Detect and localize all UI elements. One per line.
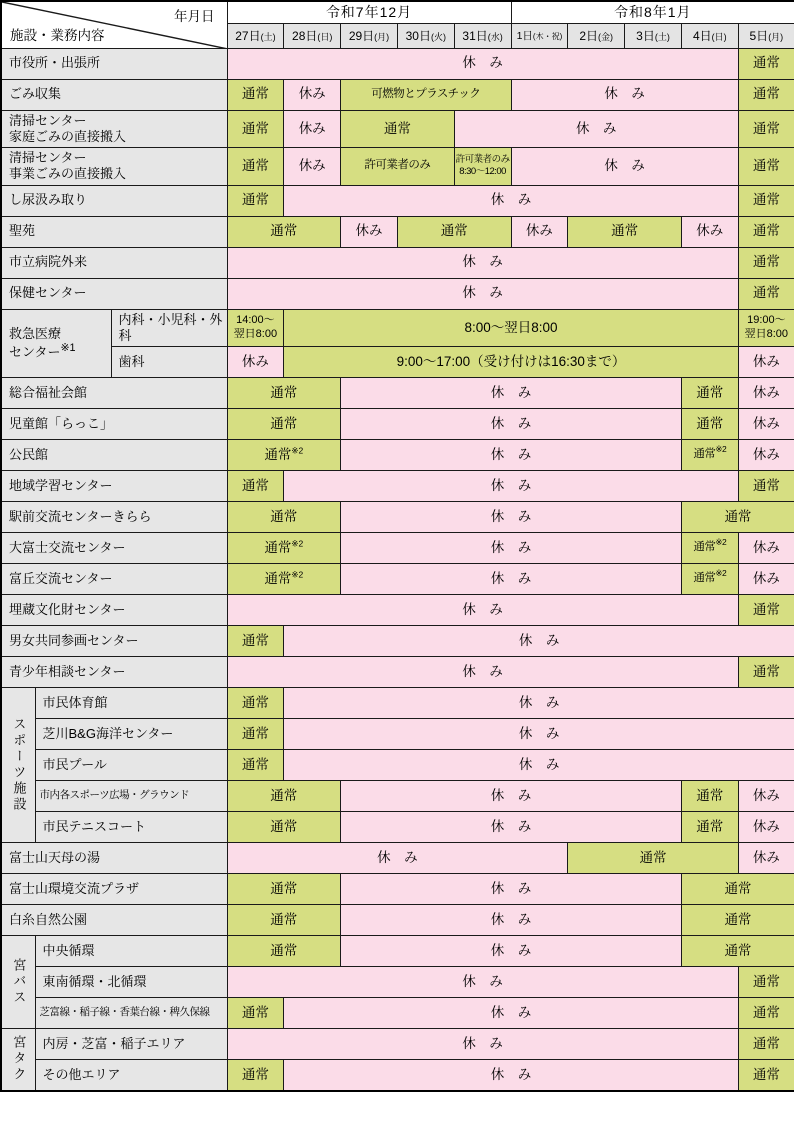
- facility-label: 白糸自然公園: [1, 905, 227, 936]
- table-row: 駅前交流センターきらら通常休 み通常: [1, 502, 794, 533]
- schedule-cell: 通常: [738, 110, 794, 148]
- schedule-cell-text: 通常: [270, 416, 297, 431]
- facility-label: 富丘交流センター: [1, 564, 227, 595]
- date-weekday: (土): [261, 32, 276, 42]
- group-label: スポーツ施設: [1, 688, 35, 843]
- schedule-cell: 休 み: [227, 48, 738, 79]
- schedule-cell-text: 通常: [270, 881, 297, 896]
- schedule-cell-text: 通常: [611, 223, 638, 238]
- facility-label: し尿汲み取り: [1, 185, 227, 216]
- month-header-december: 令和7年12月: [227, 1, 511, 23]
- schedule-cell: 通常: [681, 936, 794, 967]
- table-row: 埋蔵文化財センター休 み通常: [1, 595, 794, 626]
- schedule-cell: 休 み: [284, 688, 794, 719]
- schedule-cell: 通常: [738, 48, 794, 79]
- facility-label: 市民テニスコート: [35, 812, 227, 843]
- table-row: 救急医療 センター※1内科・小児科・外科14:00～翌日8:008:00～翌日8…: [1, 309, 794, 347]
- footnote-marker: ※2: [291, 445, 303, 455]
- schedule-cell-text: 休み: [753, 385, 780, 400]
- facility-label: 駅前交流センターきらら: [1, 502, 227, 533]
- schedule-cell: 休 み: [341, 905, 682, 936]
- schedule-cell: 通常: [227, 874, 341, 905]
- table-row: 児童館「らっこ」通常休 み通常休み: [1, 409, 794, 440]
- facility-label: 東南循環・北循環: [35, 967, 227, 998]
- schedule-cell: 通常: [397, 216, 511, 247]
- schedule-cell-text: 休み: [355, 223, 382, 238]
- schedule-cell-text: 休 み: [491, 1005, 532, 1020]
- schedule-cell-text: 休 み: [462, 254, 503, 269]
- date-header: 27日(土): [227, 23, 284, 48]
- facility-label: 市役所・出張所: [1, 48, 227, 79]
- schedule-cell: 通常※2: [227, 564, 341, 595]
- schedule-cell: 休 み: [227, 843, 568, 874]
- table-row: 市民プール通常休 み: [1, 750, 794, 781]
- schedule-cell-text: 通常: [242, 726, 269, 741]
- schedule-cell-text: 通常: [696, 385, 723, 400]
- schedule-cell: 休み: [738, 440, 794, 471]
- schedule-cell-text: 通常: [753, 1005, 780, 1020]
- schedule-cell: 通常: [738, 185, 794, 216]
- schedule-cell-text: 休 み: [491, 540, 532, 555]
- schedule-cell-text: 休 み: [491, 1067, 532, 1082]
- schedule-cell: 通常: [227, 812, 341, 843]
- schedule-cell-text: 通常: [242, 192, 269, 207]
- schedule-cell: 通常: [738, 79, 794, 110]
- schedule-cell: 通常※2: [681, 564, 738, 595]
- schedule-cell: 休み: [681, 216, 738, 247]
- table-row: 東南循環・北循環休 み通常: [1, 967, 794, 998]
- footnote-marker: ※2: [291, 538, 303, 548]
- schedule-cell: 通常: [681, 378, 738, 409]
- schedule-cell: 休み: [341, 216, 398, 247]
- schedule-cell: 通常※2: [227, 533, 341, 564]
- schedule-cell-text: 通常: [696, 819, 723, 834]
- schedule-cell-text: 通常: [753, 974, 780, 989]
- schedule-cell-text: 休 み: [519, 726, 560, 741]
- schedule-cell: 通常: [227, 110, 284, 148]
- facility-label: 清掃センター 家庭ごみの直接搬入: [1, 110, 227, 148]
- schedule-cell: 可燃物とプラスチック: [341, 79, 511, 110]
- schedule-cell-text: 休 み: [462, 974, 503, 989]
- schedule-cell: 休 み: [227, 247, 738, 278]
- schedule-cell-text: 通常: [242, 158, 269, 173]
- schedule-cell: 通常: [738, 657, 794, 688]
- facility-label: 保健センター: [1, 278, 227, 309]
- month-header-january: 令和8年1月: [511, 1, 794, 23]
- schedule-cell: 休 み: [341, 781, 682, 812]
- facility-label: 市民体育館: [35, 688, 227, 719]
- schedule-cell-text: 通常: [441, 223, 468, 238]
- schedule-cell: 休 み: [284, 626, 794, 657]
- schedule-cell-text: 休み: [242, 354, 269, 369]
- schedule-cell: 休 み: [511, 148, 738, 186]
- table-row: 富士山環境交流プラザ通常休 み通常: [1, 874, 794, 905]
- schedule-cell-text: 通常: [696, 788, 723, 803]
- facility-label: 市民プール: [35, 750, 227, 781]
- table-row: 宮タク内房・芝富・稲子エリア休 み通常: [1, 1029, 794, 1060]
- schedule-cell-text: 通常: [693, 541, 715, 553]
- schedule-cell: 許可業者のみ8:30～12:00: [454, 148, 511, 186]
- schedule-cell: 通常: [227, 750, 284, 781]
- footnote-marker: ※2: [715, 537, 726, 547]
- facility-label: 市立病院外来: [1, 247, 227, 278]
- date-weekday: (土): [655, 32, 670, 42]
- schedule-cell: 9:00～17:00（受け付けは16:30まで）: [284, 347, 738, 378]
- date-day: 29日: [349, 29, 374, 43]
- schedule-cell-text: 休 み: [462, 602, 503, 617]
- schedule-cell: 通常: [738, 278, 794, 309]
- schedule-cell-text: 通常: [270, 819, 297, 834]
- schedule-cell-text: 休 み: [491, 943, 532, 958]
- schedule-cell-text: 通常: [264, 540, 291, 555]
- table-row: 市立病院外来休 み通常: [1, 247, 794, 278]
- schedule-cell-text: 休み: [753, 540, 780, 555]
- schedule-cell-text: 通常: [753, 664, 780, 679]
- date-weekday: (火): [431, 32, 446, 42]
- schedule-cell: 休 み: [227, 657, 738, 688]
- table-row: 市民テニスコート通常休 み通常休み: [1, 812, 794, 843]
- schedule-cell: 休 み: [511, 79, 738, 110]
- schedule-cell-text: 休 み: [462, 664, 503, 679]
- schedule-cell: 休 み: [341, 564, 682, 595]
- facility-label: 聖苑: [1, 216, 227, 247]
- schedule-cell-text: 14:00～翌日8:00: [228, 314, 284, 342]
- schedule-cell-text: 通常: [270, 223, 297, 238]
- schedule-cell: 休 み: [284, 471, 738, 502]
- schedule-cell: 通常※2: [681, 533, 738, 564]
- group-label: 宮タク: [1, 1029, 35, 1091]
- schedule-cell: 19:00～翌日8:00: [738, 309, 794, 347]
- schedule-cell-text: 休 み: [491, 881, 532, 896]
- table-row: 地域学習センター通常休 み通常: [1, 471, 794, 502]
- schedule-cell: 休み: [738, 533, 794, 564]
- table-row: 富士山天母の湯休 み通常休み: [1, 843, 794, 874]
- schedule-cell: 休み: [227, 347, 284, 378]
- schedule-cell-text: 可燃物とプラスチック: [371, 88, 480, 100]
- schedule-cell-text: 通常: [693, 572, 715, 584]
- schedule-cell: 休 み: [341, 533, 682, 564]
- date-weekday: (日): [712, 32, 727, 42]
- facility-label: 内科・小児科・外科: [111, 309, 227, 347]
- schedule-cell-text: 通常: [753, 121, 780, 136]
- schedule-cell: 休 み: [341, 936, 682, 967]
- table-row: 芝富線・稲子線・香葉台線・稗久保線通常休 み通常: [1, 998, 794, 1029]
- schedule-cell-text: 休 み: [491, 385, 532, 400]
- schedule-cell: 通常: [227, 409, 341, 440]
- schedule-cell-text: 通常: [753, 1036, 780, 1051]
- table-row: スポーツ施設市民体育館通常休 み: [1, 688, 794, 719]
- schedule-cell-text: 通常: [753, 55, 780, 70]
- schedule-cell: 休 み: [341, 874, 682, 905]
- schedule-cell-text: 19:00～翌日8:00: [739, 314, 794, 342]
- schedule-cell: 通常: [227, 905, 341, 936]
- schedule-cell: 休 み: [284, 998, 738, 1029]
- facility-label: 内房・芝富・稲子エリア: [35, 1029, 227, 1060]
- schedule-cell: 休 み: [454, 110, 738, 148]
- date-header: 28日(日): [284, 23, 341, 48]
- table-row: ごみ収集通常休み可燃物とプラスチック休 み通常: [1, 79, 794, 110]
- schedule-cell: 通常: [568, 843, 738, 874]
- schedule-cell: 通常: [568, 216, 682, 247]
- month-header-row: 年月日 施設・業務内容 令和7年12月 令和8年1月: [1, 1, 794, 23]
- date-header: 5日(月): [738, 23, 794, 48]
- schedule-cell: 8:00～翌日8:00: [284, 309, 738, 347]
- table-row: 市役所・出張所休 み通常: [1, 48, 794, 79]
- schedule-cell: 通常: [227, 998, 284, 1029]
- schedule-cell-text: 休み: [299, 158, 326, 173]
- schedule-cell: 通常: [738, 148, 794, 186]
- schedule-cell-text: 休 み: [491, 447, 532, 462]
- schedule-cell-text: 通常: [264, 447, 291, 462]
- schedule-cell: 通常: [227, 626, 284, 657]
- group-label: 宮バス: [1, 936, 35, 1029]
- facility-label: 歯科: [111, 347, 227, 378]
- facility-label: その他エリア: [35, 1060, 227, 1091]
- schedule-cell-text: 休 み: [604, 158, 645, 173]
- facility-label: 富士山天母の湯: [1, 843, 227, 874]
- schedule-cell-text: 通常: [242, 478, 269, 493]
- schedule-cell-text: 休 み: [519, 695, 560, 710]
- table-row: 白糸自然公園通常休 み通常: [1, 905, 794, 936]
- schedule-cell: 通常: [227, 688, 284, 719]
- schedule-cell: 許可業者のみ: [341, 148, 455, 186]
- table-row: 公民館通常※2休 み通常※2休み: [1, 440, 794, 471]
- schedule-cell-text: 通常: [724, 509, 751, 524]
- facility-label: 大富士交流センター: [1, 533, 227, 564]
- schedule-cell-text: 通常: [753, 223, 780, 238]
- table-row: 市内各スポーツ広場・グラウンド通常休 み通常休み: [1, 781, 794, 812]
- schedule-cell: 通常: [227, 719, 284, 750]
- date-day: 4日: [693, 29, 712, 43]
- date-header: 3日(土): [625, 23, 682, 48]
- schedule-cell-text: 休み: [526, 223, 553, 238]
- facility-label: 中央循環: [35, 936, 227, 967]
- schedule-cell: 通常: [341, 110, 455, 148]
- schedule-cell-text: 通常: [270, 943, 297, 958]
- date-header: 4日(日): [681, 23, 738, 48]
- schedule-cell-text: 通常: [639, 850, 666, 865]
- schedule-cell: 通常: [681, 409, 738, 440]
- facility-label: 公民館: [1, 440, 227, 471]
- schedule-cell-text: 通常: [693, 448, 715, 460]
- schedule-cell-text: 通常: [242, 695, 269, 710]
- facility-label: 青少年相談センター: [1, 657, 227, 688]
- schedule-cell: 通常: [681, 502, 794, 533]
- schedule-cell-text: 通常: [242, 757, 269, 772]
- footnote-marker: ※2: [715, 568, 726, 578]
- table-row: 保健センター休 み通常: [1, 278, 794, 309]
- facility-label: 児童館「らっこ」: [1, 409, 227, 440]
- schedule-cell: 通常: [227, 471, 284, 502]
- schedule-cell: 休み: [738, 781, 794, 812]
- date-weekday: (月): [374, 32, 389, 42]
- schedule-cell-text: 通常: [753, 158, 780, 173]
- table-row: 聖苑通常休み通常休み通常休み通常: [1, 216, 794, 247]
- schedule-cell-text: 休 み: [491, 509, 532, 524]
- corner-label-date: 年月日: [174, 5, 215, 25]
- schedule-cell: 休み: [738, 843, 794, 874]
- schedule-cell: 休み: [738, 812, 794, 843]
- table-row: 富丘交流センター通常※2休 み通常※2休み: [1, 564, 794, 595]
- facility-label: 男女共同参画センター: [1, 626, 227, 657]
- table-row: 大富士交流センター通常※2休 み通常※2休み: [1, 533, 794, 564]
- schedule-cell-text: 通常: [384, 121, 411, 136]
- schedule-cell-text: 通常: [264, 571, 291, 586]
- schedule-cell-text: 通常: [270, 912, 297, 927]
- table-row: 清掃センター 家庭ごみの直接搬入通常休み通常休 み通常: [1, 110, 794, 148]
- schedule-cell: 休 み: [284, 750, 794, 781]
- corner-cell: 年月日 施設・業務内容: [1, 1, 227, 48]
- date-day: 27日: [235, 29, 260, 43]
- date-weekday: (日): [317, 32, 332, 42]
- schedule-cell-text: 休 み: [491, 788, 532, 803]
- schedule-cell: 通常: [681, 781, 738, 812]
- schedule-cell: 通常: [738, 998, 794, 1029]
- schedule-cell: 通常: [227, 936, 341, 967]
- schedule-cell: 通常: [227, 79, 284, 110]
- schedule-cell: 通常: [681, 812, 738, 843]
- table-row: その他エリア通常休 み通常: [1, 1060, 794, 1091]
- schedule-cell-text: 通常: [753, 192, 780, 207]
- facility-label: 総合福祉会館: [1, 378, 227, 409]
- footnote-marker: ※2: [715, 444, 726, 454]
- schedule-cell-text: 休 み: [491, 912, 532, 927]
- schedule-cell-text: 許可業者のみ: [364, 159, 430, 171]
- date-header: 31日(水): [454, 23, 511, 48]
- schedule-cell: 休み: [738, 378, 794, 409]
- schedule-cell: 通常: [227, 781, 341, 812]
- date-header: 30日(火): [397, 23, 454, 48]
- schedule-cell-text: 休 み: [462, 55, 503, 70]
- date-header: 1日(木・祝): [511, 23, 568, 48]
- schedule-cell-text: 休み: [753, 571, 780, 586]
- schedule-cell-text: 休み: [299, 86, 326, 101]
- schedule-cell-text: 通常: [753, 478, 780, 493]
- schedule-cell: 通常: [738, 595, 794, 626]
- table-row: し尿汲み取り通常休 み通常: [1, 185, 794, 216]
- date-day: 5日: [750, 29, 769, 43]
- schedule-cell-text: 休み: [696, 223, 723, 238]
- table-row: 清掃センター 事業ごみの直接搬入通常休み許可業者のみ許可業者のみ8:30～12:…: [1, 148, 794, 186]
- footnote-marker: ※2: [291, 569, 303, 579]
- table-row: 宮バス中央循環通常休 み通常: [1, 936, 794, 967]
- schedule-cell-text: 休 み: [462, 285, 503, 300]
- schedule-cell-text: 通常: [753, 254, 780, 269]
- schedule-cell: 休 み: [227, 278, 738, 309]
- schedule-cell-text: 通常: [242, 1005, 269, 1020]
- group-label: 救急医療 センター※1: [1, 309, 111, 378]
- schedule-cell-text: 休 み: [576, 121, 617, 136]
- schedule-cell: 休 み: [341, 378, 682, 409]
- schedule-cell: 通常: [681, 905, 794, 936]
- date-day: 30日: [406, 29, 431, 43]
- schedule-cell: 休 み: [284, 185, 738, 216]
- schedule-cell-text: 休 み: [604, 86, 645, 101]
- schedule-cell: 通常※2: [681, 440, 738, 471]
- schedule-cell: 休 み: [284, 719, 794, 750]
- schedule-cell-text: 休 み: [462, 1036, 503, 1051]
- facility-label: 清掃センター 事業ごみの直接搬入: [1, 148, 227, 186]
- schedule-cell: 通常: [227, 1060, 284, 1091]
- date-weekday: (木・祝): [533, 32, 562, 41]
- schedule-cell: 通常: [738, 471, 794, 502]
- schedule-cell-text: 許可業者のみ8:30～12:00: [455, 154, 511, 178]
- schedule-cell-text: 通常: [724, 943, 751, 958]
- table-row: 男女共同参画センター通常休 み: [1, 626, 794, 657]
- schedule-cell-text: 通常: [753, 285, 780, 300]
- schedule-cell: 通常: [227, 378, 341, 409]
- schedule-cell-text: 休 み: [519, 757, 560, 772]
- schedule-cell-text: 通常: [242, 86, 269, 101]
- schedule-cell-text: 休 み: [491, 192, 532, 207]
- schedule-cell: 通常: [738, 1060, 794, 1091]
- table-row: 青少年相談センター休 み通常: [1, 657, 794, 688]
- schedule-cell: 休み: [511, 216, 568, 247]
- schedule-cell: 通常: [738, 967, 794, 998]
- schedule-cell-text: 通常: [753, 602, 780, 617]
- schedule-cell-text: 8:00～翌日8:00: [464, 320, 557, 335]
- schedule-cell-text: 通常: [242, 121, 269, 136]
- schedule-cell-text: 通常: [242, 1067, 269, 1082]
- facility-label: 埋蔵文化財センター: [1, 595, 227, 626]
- schedule-cell: 休 み: [341, 440, 682, 471]
- schedule-cell: 休み: [738, 347, 794, 378]
- schedule-cell-text: 休み: [753, 788, 780, 803]
- facility-label: 市内各スポーツ広場・グラウンド: [35, 781, 227, 812]
- table-row: 歯科休み9:00～17:00（受け付けは16:30まで）休み: [1, 347, 794, 378]
- schedule-cell-text: 通常: [270, 788, 297, 803]
- schedule-table: 年月日 施設・業務内容 令和7年12月 令和8年1月 27日(土)28日(日)2…: [0, 0, 794, 1092]
- schedule-cell: 通常: [681, 874, 794, 905]
- schedule-cell-text: 休み: [753, 819, 780, 834]
- schedule-cell: 休 み: [341, 409, 682, 440]
- schedule-cell: 通常: [227, 502, 341, 533]
- date-header: 2日(金): [568, 23, 625, 48]
- schedule-cell: 通常: [738, 216, 794, 247]
- schedule-cell: 14:00～翌日8:00: [227, 309, 284, 347]
- schedule-cell: 通常: [227, 216, 341, 247]
- schedule-cell: 休 み: [227, 967, 738, 998]
- schedule-cell-text: 休 み: [377, 850, 418, 865]
- schedule-cell: 休 み: [227, 1029, 738, 1060]
- facility-label: 地域学習センター: [1, 471, 227, 502]
- schedule-cell-text: 通常: [753, 86, 780, 101]
- schedule-cell-text: 通常: [724, 881, 751, 896]
- date-weekday: (金): [598, 32, 613, 42]
- schedule-cell: 通常※2: [227, 440, 341, 471]
- schedule-cell: 通常: [227, 185, 284, 216]
- footnote-marker: ※1: [60, 342, 75, 354]
- schedule-cell: 通常: [738, 1029, 794, 1060]
- date-weekday: (水): [488, 32, 503, 42]
- schedule-cell-text: 休 み: [491, 819, 532, 834]
- corner-label-facility: 施設・業務内容: [10, 24, 105, 44]
- schedule-cell: 休み: [284, 110, 341, 148]
- facility-label: 芝川B&G海洋センター: [35, 719, 227, 750]
- schedule-cell: 休み: [284, 148, 341, 186]
- schedule-cell: 休み: [738, 564, 794, 595]
- schedule-cell: 休 み: [227, 595, 738, 626]
- date-day: 1日: [517, 30, 533, 42]
- schedule-cell-text: 休 み: [491, 416, 532, 431]
- date-weekday: (月): [768, 32, 783, 42]
- date-header: 29日(月): [341, 23, 398, 48]
- facility-label: 芝富線・稲子線・香葉台線・稗久保線: [35, 998, 227, 1029]
- schedule-cell-text: 通常: [724, 912, 751, 927]
- table-row: 総合福祉会館通常休 み通常休み: [1, 378, 794, 409]
- schedule-cell-text: 通常: [753, 1067, 780, 1082]
- schedule-cell-text: 休み: [753, 850, 780, 865]
